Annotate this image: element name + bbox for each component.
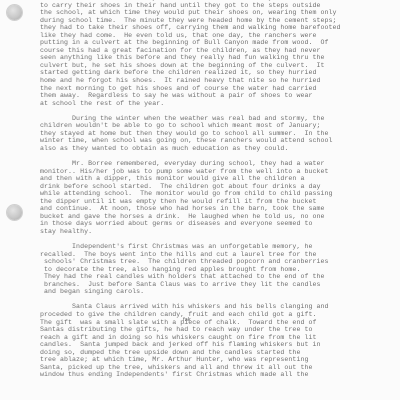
paragraph-spacer [40,107,392,115]
text-line: The gift was a small slate with a piece … [40,319,392,327]
text-line: at school the rest of the year. [40,100,392,108]
text-line: drink before school started. The childre… [40,183,392,191]
text-line: culvert but, he set his shoes down at th… [40,62,392,70]
paragraph-spacer [40,236,392,244]
text-line: they stayed at home but then they would … [40,130,392,138]
text-line: candles. Santa jumped back and jerked of… [40,341,392,349]
paragraph-water-monitor: Mr. Borree remembered, everyday during s… [40,160,392,235]
text-line: home and he forgot his shoes. It rained … [40,77,392,85]
paragraph-first-christmas: Independent's first Christmas was an unf… [40,243,392,296]
text-line: them away. Regardless to say he was with… [40,92,392,100]
text-line: during school time. The minute they were… [40,17,392,25]
text-line: reach a gift and in doing so his whisker… [40,334,392,342]
text-line: and then with a dipper, this monitor wou… [40,175,392,183]
text-line: putting in a culvert at the beginning of… [40,39,392,47]
text-line: while attending school. The monitor woul… [40,190,392,198]
text-line: Santas distributing the gifts, he had to… [40,326,392,334]
text-line: Independent's first Christmas was an unf… [40,243,392,251]
paragraph-santa: Santa Claus arrived with his whiskers an… [40,303,392,378]
text-line: doing so, dumped the tree upside down an… [40,349,392,357]
text-line: in those days worried about germs or dis… [40,220,392,228]
text-line: to decorate the tree, also hanging red a… [40,266,392,274]
text-line: the school, at which time they would put… [40,9,392,17]
text-line: bucket and gave the horses a drink. He l… [40,213,392,221]
text-line: Santa, picked up the tree, whiskers and … [40,364,392,372]
hole-punch-icon [7,205,22,220]
text-line: During the winter when the weather was r… [40,115,392,123]
text-line: and began singing carols. [40,288,392,296]
text-line: to carry their shoes in their hand until… [40,2,392,10]
paragraph-spacer [40,296,392,304]
text-line: the next morning to get his shoes and of… [40,85,392,93]
typed-text-body: Mr. Borree recalled, but they could not … [40,0,392,379]
text-line: started getting dark before the children… [40,69,392,77]
text-line: like they had come. He even told us, tha… [40,32,392,40]
text-line: Mr. Borree remembered, everyday during s… [40,160,392,168]
paragraph-winter: During the winter when the weather was r… [40,115,392,153]
text-line: winter time, when school was going on, t… [40,137,392,145]
text-line: tree ablaze; at which time, Mr. Arthur H… [40,356,392,364]
text-line: also as they wanted to obtain as much ed… [40,145,392,153]
text-line: They had the real candles with holders t… [40,273,392,281]
paragraph-shoes: Mr. Borree recalled, but they could not … [40,0,392,107]
text-line: course this had a great facination for t… [40,47,392,55]
text-line: schools' Christmas tree. The children th… [40,258,392,266]
text-line: the dipper until it was empty then he wo… [40,198,392,206]
handwritten-annotation: fak [183,317,191,323]
hole-punch-icon [7,5,22,20]
text-line: window thus ending Independents' first C… [40,371,392,379]
text-line: recalled. The boys went into the hills a… [40,251,392,259]
document-page: Mr. Borree recalled, but they could not … [0,0,400,400]
text-line: branches. Just before Santa Claus was to… [40,281,392,289]
text-line: Santa Claus arrived with his whiskers an… [40,303,392,311]
text-line: stay healthy. [40,228,392,236]
text-line: seen anything like this before and they … [40,54,392,62]
text-line: children wouldn't be able to go to schoo… [40,122,392,130]
text-line: monitor.. His/her job was to pump some w… [40,168,392,176]
text-line: and continue. At noon, those who had hor… [40,205,392,213]
paragraph-spacer [40,152,392,160]
text-line: proceded to give the children candy, fru… [40,311,392,319]
text-line: they had to take their shoes off, carryi… [40,24,392,32]
